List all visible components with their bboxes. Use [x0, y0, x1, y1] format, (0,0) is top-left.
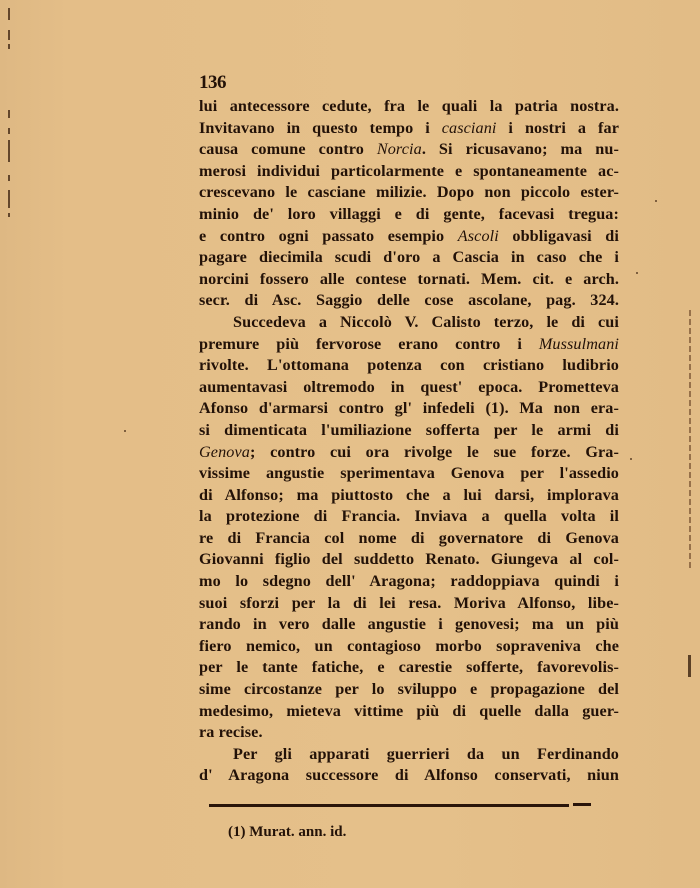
paper-speck: [124, 430, 126, 432]
text-line-content: secr. di Asc. Saggio delle cose ascolane…: [199, 291, 619, 309]
text-line: mo lo sdegno dell' Aragona; raddoppiava …: [199, 571, 619, 593]
paper-speck: [636, 272, 638, 274]
book-page: 136 lui antecessore cedute, fra le quali…: [0, 0, 700, 888]
body-text: lui antecessore cedute, fra le quali la …: [199, 96, 619, 787]
text-line-content: la protezione di Francia. Inviava a quel…: [199, 507, 619, 525]
text-line: rivolte. L'ottomana potenza con cristian…: [199, 355, 619, 377]
text-line-content: medesimo, mieteva vittime più di quelle …: [199, 702, 619, 720]
text-line: premure più fervorose erano contro i Mus…: [199, 334, 619, 356]
text-line: rando in vero dalle angustie i genovesi;…: [199, 614, 619, 636]
text-line: aumentavasi oltremodo in quest' epoca. P…: [199, 377, 619, 399]
text-line-content: suoi sforzi per la di lei resa. Moriva A…: [199, 594, 619, 612]
italic-term: Norcia: [377, 140, 422, 158]
text-line-content: fiero nemico, un contagioso morbo soprav…: [199, 637, 619, 655]
footnote-separator-dash: [573, 803, 591, 806]
text-line: si dimenticata l'umiliazione sofferta pe…: [199, 420, 619, 442]
text-line: ra recise.: [199, 722, 619, 744]
text-line-content: sime circostanze per lo sviluppo e propa…: [199, 680, 619, 698]
text-line: suoi sforzi per la di lei resa. Moriva A…: [199, 593, 619, 615]
text-line: e contro ogni passato esempio Ascoli obb…: [199, 226, 619, 248]
text-line: medesimo, mieteva vittime più di quelle …: [199, 701, 619, 723]
text-line: sime circostanze per lo sviluppo e propa…: [199, 679, 619, 701]
paper-speck: [630, 458, 632, 460]
text-line-content: ra recise.: [199, 723, 263, 741]
text-line-content: lui antecessore cedute, fra le quali la …: [199, 97, 619, 115]
right-edge-print-marks: [689, 310, 691, 570]
text-line-content: i nostri a far: [497, 119, 619, 137]
text-line-content: merosi individui particolarmente e spont…: [199, 162, 619, 180]
text-line: secr. di Asc. Saggio delle cose ascolane…: [199, 290, 619, 312]
italic-term: casciani: [442, 119, 497, 137]
text-line: Giovanni figlio del suddetto Renato. Giu…: [199, 549, 619, 571]
text-line: crescevano le casciane milizie. Dopo non…: [199, 182, 619, 204]
text-line-content: si dimenticata l'umiliazione sofferta pe…: [199, 421, 619, 439]
italic-term: Ascoli: [458, 227, 499, 245]
text-line-content: premure più fervorose erano contro i: [199, 335, 539, 353]
text-line: causa comune contro Norcia. Si ricusavan…: [199, 139, 619, 161]
text-line-content: . Si ricusavano; ma nu-: [422, 140, 619, 158]
text-line: Genova; contro cui ora rivolge le sue fo…: [199, 442, 619, 464]
text-line: la protezione di Francia. Inviava a quel…: [199, 506, 619, 528]
text-line: pagare diecimila scudi d'oro a Cascia in…: [199, 247, 619, 269]
text-line-content: causa comune contro: [199, 140, 377, 158]
text-line: norcini fossero alle contese tornati. Me…: [199, 269, 619, 291]
text-line-content: Per gli apparati guerrieri da un Ferdina…: [233, 745, 619, 763]
text-line-content: per le tante fatiche, e carestie soffert…: [199, 658, 619, 676]
text-line-content: rivolte. L'ottomana potenza con cristian…: [199, 356, 619, 374]
text-line-content: Giovanni figlio del suddetto Renato. Giu…: [199, 550, 619, 568]
text-line-content: norcini fossero alle contese tornati. Me…: [199, 270, 619, 288]
text-line-content: obbligavasi di: [499, 227, 619, 245]
italic-term: Mussulmani: [539, 335, 619, 353]
text-line-content: d' Aragona successore di Alfonso conserv…: [199, 766, 619, 784]
text-line-content: Afonso d'armarsi contro gl' infedeli (1)…: [199, 399, 619, 417]
text-line: lui antecessore cedute, fra le quali la …: [199, 96, 619, 118]
text-line-content: rando in vero dalle angustie i genovesi;…: [199, 615, 619, 633]
text-line-content: minio de' loro villaggi e di gente, face…: [199, 205, 619, 223]
italic-term: Genova: [199, 443, 250, 461]
text-line-content: e contro ogni passato esempio: [199, 227, 458, 245]
text-line-content: di Alfonso; ma piuttosto che a lui darsi…: [199, 486, 619, 504]
text-line: Succedeva a Niccolò V. Calisto terzo, le…: [199, 312, 619, 334]
text-line: merosi individui particolarmente e spont…: [199, 161, 619, 183]
text-line: Invitavano in questo tempo i casciani i …: [199, 118, 619, 140]
text-line: fiero nemico, un contagioso morbo soprav…: [199, 636, 619, 658]
text-line-content: mo lo sdegno dell' Aragona; raddoppiava …: [199, 572, 619, 590]
text-line: Per gli apparati guerrieri da un Ferdina…: [199, 744, 619, 766]
left-edge-print-marks: [8, 0, 14, 230]
text-line-content: re di Francia col nome di governatore di…: [199, 529, 619, 547]
text-line: minio de' loro villaggi e di gente, face…: [199, 204, 619, 226]
text-line: re di Francia col nome di governatore di…: [199, 528, 619, 550]
text-line: vissime angustie sperimentava Genova per…: [199, 463, 619, 485]
footnote-separator-rule: [209, 804, 569, 807]
text-line: d' Aragona successore di Alfonso conserv…: [199, 765, 619, 787]
text-line: per le tante fatiche, e carestie soffert…: [199, 657, 619, 679]
paper-speck: [655, 200, 657, 202]
text-line-content: crescevano le casciane milizie. Dopo non…: [199, 183, 619, 201]
text-line: Afonso d'armarsi contro gl' infedeli (1)…: [199, 398, 619, 420]
text-line-content: ; contro cui ora rivolge le sue forze. G…: [250, 443, 619, 461]
page-number: 136: [199, 72, 226, 94]
text-line-content: aumentavasi oltremodo in quest' epoca. P…: [199, 378, 619, 396]
text-line: di Alfonso; ma piuttosto che a lui darsi…: [199, 485, 619, 507]
right-edge-print-mark: [688, 655, 691, 677]
text-line-content: vissime angustie sperimentava Genova per…: [199, 464, 619, 482]
text-line-content: Invitavano in questo tempo i: [199, 119, 442, 137]
text-line-content: Succedeva a Niccolò V. Calisto terzo, le…: [233, 313, 619, 331]
footnote: (1) Murat. ann. id.: [228, 824, 346, 841]
text-line-content: pagare diecimila scudi d'oro a Cascia in…: [199, 248, 619, 266]
